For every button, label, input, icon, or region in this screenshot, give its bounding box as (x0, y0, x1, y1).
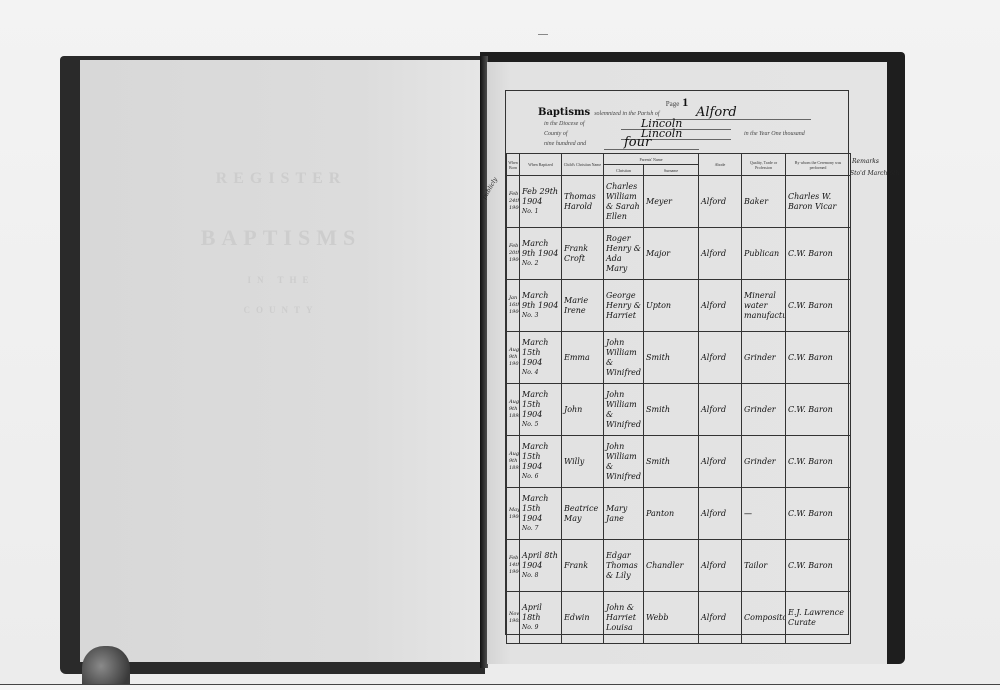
entry-baptized: April 8th 1904No. 8 (520, 540, 562, 592)
entry-by-whom: E.J. Lawrence Curate (786, 592, 851, 644)
entry-by-whom: C.W. Baron (786, 540, 851, 592)
entry-parents: John William & Winifred (604, 384, 644, 436)
col-parents-christian: Christian (604, 165, 644, 176)
bleed-text: BAPTISMS (80, 225, 482, 251)
entry-number: No. 5 (522, 420, 559, 430)
entry-surname: Major (644, 228, 699, 280)
entry-baptized: March 15th 1904No. 4 (520, 332, 562, 384)
entry-surname: Webb (644, 592, 699, 644)
table-row: May 1900March 15th 1904No. 7Beatrice May… (507, 488, 851, 540)
entry-quality: Compositor (742, 592, 786, 644)
entry-born: Feb 14th 1904 (507, 540, 520, 592)
entry-by-whom: C.W. Baron (786, 384, 851, 436)
entry-baptized: March 9th 1904No. 2 (520, 228, 562, 280)
table-row: Feb 24th 1904Feb 29th 1904No. 1Thomas Ha… (507, 176, 851, 228)
col-abode: Abode (699, 154, 742, 176)
entry-born: Nov 1903 (507, 592, 520, 644)
entry-quality: Tailor (742, 540, 786, 592)
table-row: Nov 1903April 18thNo. 9EdwinJohn & Harri… (507, 592, 851, 644)
entry-surname: Smith (644, 332, 699, 384)
entry-surname: Upton (644, 280, 699, 332)
entry-born: May 1900 (507, 488, 520, 540)
col-parents-surname: Surname (644, 165, 699, 176)
entry-surname: Meyer (644, 176, 699, 228)
entry-child: Emma (562, 332, 604, 384)
bleed-text: COUNTY (80, 305, 482, 315)
scan-edge (0, 684, 1000, 690)
entry-baptized: April 18thNo. 9 (520, 592, 562, 644)
entry-by-whom: C.W. Baron (786, 488, 851, 540)
entry-by-whom: C.W. Baron (786, 436, 851, 488)
entry-parents: John William & Winifred (604, 436, 644, 488)
entry-abode: Alford (699, 436, 742, 488)
entry-number: No. 2 (522, 259, 559, 269)
entry-baptized: March 15th 1904No. 7 (520, 488, 562, 540)
entry-surname: Smith (644, 436, 699, 488)
entry-number: No. 4 (522, 368, 559, 378)
entry-born: Jan 16th 1904 (507, 280, 520, 332)
entry-surname: Chandler (644, 540, 699, 592)
entry-quality: — (742, 488, 786, 540)
entry-abode: Alford (699, 384, 742, 436)
entry-child: Edwin (562, 592, 604, 644)
table-row: Aug 9th 1901March 15th 1904No. 4EmmaJohn… (507, 332, 851, 384)
entry-born: Feb 24th 1904 (507, 176, 520, 228)
entry-abode: Alford (699, 540, 742, 592)
col-born: When Born (507, 154, 520, 176)
entry-quality: Grinder (742, 332, 786, 384)
entry-child: Thomas Harold (562, 176, 604, 228)
entry-surname: Smith (644, 384, 699, 436)
entry-born: Aug 9th 1901 (507, 332, 520, 384)
col-when-baptized: When Baptized (520, 154, 562, 176)
register-title: Baptisms (538, 107, 590, 118)
entry-parents: Edgar Thomas & Lily (604, 540, 644, 592)
table-row: Jan 16th 1904March 9th 1904No. 3Marie Ir… (507, 280, 851, 332)
entry-number: No. 3 (522, 311, 559, 321)
entry-quality: Mineral water manufacturer (742, 280, 786, 332)
baptism-register-form: Page1 Baptismssolemnized in the Parish o… (505, 90, 849, 635)
entry-child: John (562, 384, 604, 436)
header-line-3: County of (544, 131, 568, 137)
entry-quality: Grinder (742, 436, 786, 488)
bleed-text: REGISTER (80, 170, 482, 188)
entry-born: Feb 20th 1904 (507, 228, 520, 280)
year-value: four (624, 135, 651, 150)
entry-baptized: Feb 29th 1904No. 1 (520, 176, 562, 228)
entry-abode: Alford (699, 228, 742, 280)
entry-quality: Grinder (742, 384, 786, 436)
entry-baptized: March 15th 1904No. 5 (520, 384, 562, 436)
entry-abode: Alford (699, 488, 742, 540)
entry-child: Beatrice May (562, 488, 604, 540)
entry-born: Aug 9th 1899 (507, 436, 520, 488)
table-row: Aug 9th 1898March 15th 1904No. 5JohnJohn… (507, 384, 851, 436)
entry-abode: Alford (699, 592, 742, 644)
col-parents: Parents' Name (604, 154, 699, 165)
entry-abode: Alford (699, 280, 742, 332)
entry-child: Frank (562, 540, 604, 592)
entry-parents: Roger Henry & Ada Mary (604, 228, 644, 280)
entry-number: No. 6 (522, 472, 559, 482)
bleed-text: IN THE (80, 275, 482, 285)
entry-child: Frank Croft (562, 228, 604, 280)
entry-number: No. 7 (522, 524, 559, 534)
entry-number: No. 8 (522, 571, 559, 581)
entry-parents: Charles William & Sarah Ellen (604, 176, 644, 228)
col-by-whom: By whom the Ceremony was performed (786, 154, 851, 176)
entry-child: Willy (562, 436, 604, 488)
baptism-table: When Born When Baptized Child's Christia… (506, 153, 851, 644)
entry-by-whom: Charles W. Baron Vicar (786, 176, 851, 228)
table-row: Aug 9th 1899March 15th 1904No. 6WillyJoh… (507, 436, 851, 488)
entry-parents: John & Harriet Louisa (604, 592, 644, 644)
entry-number: No. 1 (522, 207, 559, 217)
header-line-3-suffix: in the Year One thousand (744, 131, 805, 137)
col-quality: Quality, Trade or Profession (742, 154, 786, 176)
entry-quality: Baker (742, 176, 786, 228)
entry-abode: Alford (699, 332, 742, 384)
register-header: Page1 Baptismssolemnized in the Parish o… (506, 91, 848, 153)
entry-baptized: March 9th 1904No. 3 (520, 280, 562, 332)
table-row: Feb 20th 1904March 9th 1904No. 2Frank Cr… (507, 228, 851, 280)
entry-child: Marie Irene (562, 280, 604, 332)
entry-number: No. 9 (522, 623, 559, 633)
entry-parents: Mary Jane (604, 488, 644, 540)
entry-by-whom: C.W. Baron (786, 228, 851, 280)
entry-abode: Alford (699, 176, 742, 228)
remarks-note: Sto'd March 6th (850, 170, 899, 177)
entry-by-whom: C.W. Baron (786, 332, 851, 384)
header-line-4: nine hundred and (544, 141, 586, 147)
entry-parents: John William & Winifred (604, 332, 644, 384)
remarks-label: Remarks (852, 158, 879, 165)
scan-mark (538, 34, 548, 35)
entry-surname: Panton (644, 488, 699, 540)
header-line-2: in the Diocese of (544, 121, 585, 127)
col-child-name: Child's Christian Name (562, 154, 604, 176)
entry-born: Aug 9th 1898 (507, 384, 520, 436)
entry-by-whom: C.W. Baron (786, 280, 851, 332)
table-row: Feb 14th 1904April 8th 1904No. 8FrankEdg… (507, 540, 851, 592)
entry-quality: Publican (742, 228, 786, 280)
left-page: REGISTER BAPTISMS IN THE COUNTY (80, 60, 482, 662)
entry-parents: George Henry & Harriet (604, 280, 644, 332)
entry-baptized: March 15th 1904No. 6 (520, 436, 562, 488)
parish-value: Alford (696, 105, 737, 120)
